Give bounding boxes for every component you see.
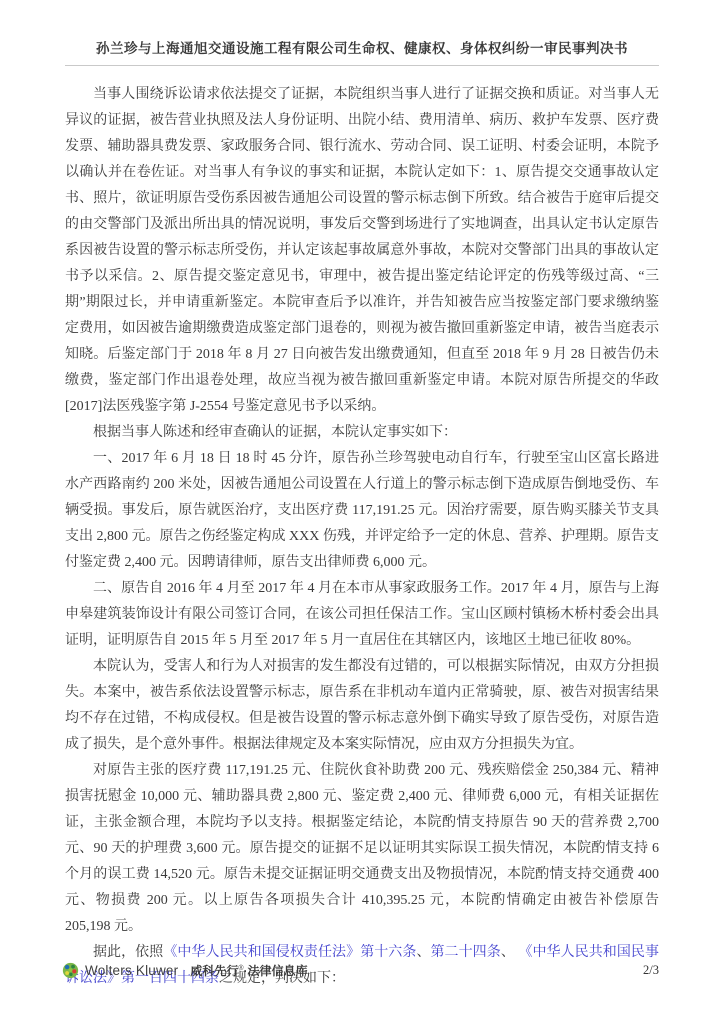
document-header: 孙兰珍与上海通旭交通设施工程有限公司生命权、健康权、身体权纠纷一审民事判决书 <box>65 40 659 66</box>
wolters-kluwer-logo-icon <box>62 962 79 979</box>
law-reference-link[interactable]: 第二十四条 <box>431 945 501 960</box>
page-footer: Wolters Kluwer 威科先行®·法律信息库 2/3 <box>62 962 659 979</box>
page-number: 2/3 <box>643 963 659 978</box>
judgment-paragraph-facts-intro: 根据当事人陈述和经审查确认的证据，本院认定事实如下： <box>65 420 659 446</box>
document-title: 孙兰珍与上海通旭交通设施工程有限公司生命权、健康权、身体权纠纷一审民事判决书 <box>65 40 659 58</box>
law-reference-link[interactable]: 第十六条 <box>360 945 416 960</box>
judgment-paragraph-damages: 对原告主张的医疗费 117,191.25 元、住院伙食补助费 200 元、残疾赔… <box>65 758 659 940</box>
law-reference-link[interactable]: 《中华人民共和国侵权责任法》 <box>163 945 360 960</box>
judgment-body: 当事人围绕诉讼请求依法提交了证据，本院组织当事人进行了证据交换和质证。对当事人无… <box>65 82 659 992</box>
judgment-paragraph-fact-two: 二、原告自 2016 年 4 月至 2017 年 4 月在本市从事家政服务工作。… <box>65 576 659 654</box>
judgment-paragraph-evidence: 当事人围绕诉讼请求依法提交了证据，本院组织当事人进行了证据交换和质证。对当事人无… <box>65 82 659 420</box>
legal-basis-text: 据此，依照 <box>93 945 163 960</box>
judgment-document-page: 孙兰珍与上海通旭交通设施工程有限公司生命权、健康权、身体权纠纷一审民事判决书 当… <box>0 0 724 1024</box>
title-divider <box>65 65 659 66</box>
weike-product-suffix: ·法律信息库 <box>244 964 308 978</box>
wolters-kluwer-brand: Wolters Kluwer 威科先行®·法律信息库 <box>62 962 308 979</box>
weike-product-name: 威科先行 <box>190 964 238 978</box>
weike-product-label: 威科先行®·法律信息库 <box>190 962 307 979</box>
legal-basis-text: 、 <box>416 945 430 960</box>
legal-basis-text: 、 <box>501 945 519 960</box>
judgment-paragraph-court-opinion: 本院认为，受害人和行为人对损害的发生都没有过错的，可以根据实际情况，由双方分担损… <box>65 654 659 758</box>
wolters-kluwer-wordmark: Wolters Kluwer <box>85 963 178 978</box>
judgment-paragraph-fact-one: 一、2017 年 6 月 18 日 18 时 45 分许，原告孙兰珍驾驶电动自行… <box>65 446 659 576</box>
